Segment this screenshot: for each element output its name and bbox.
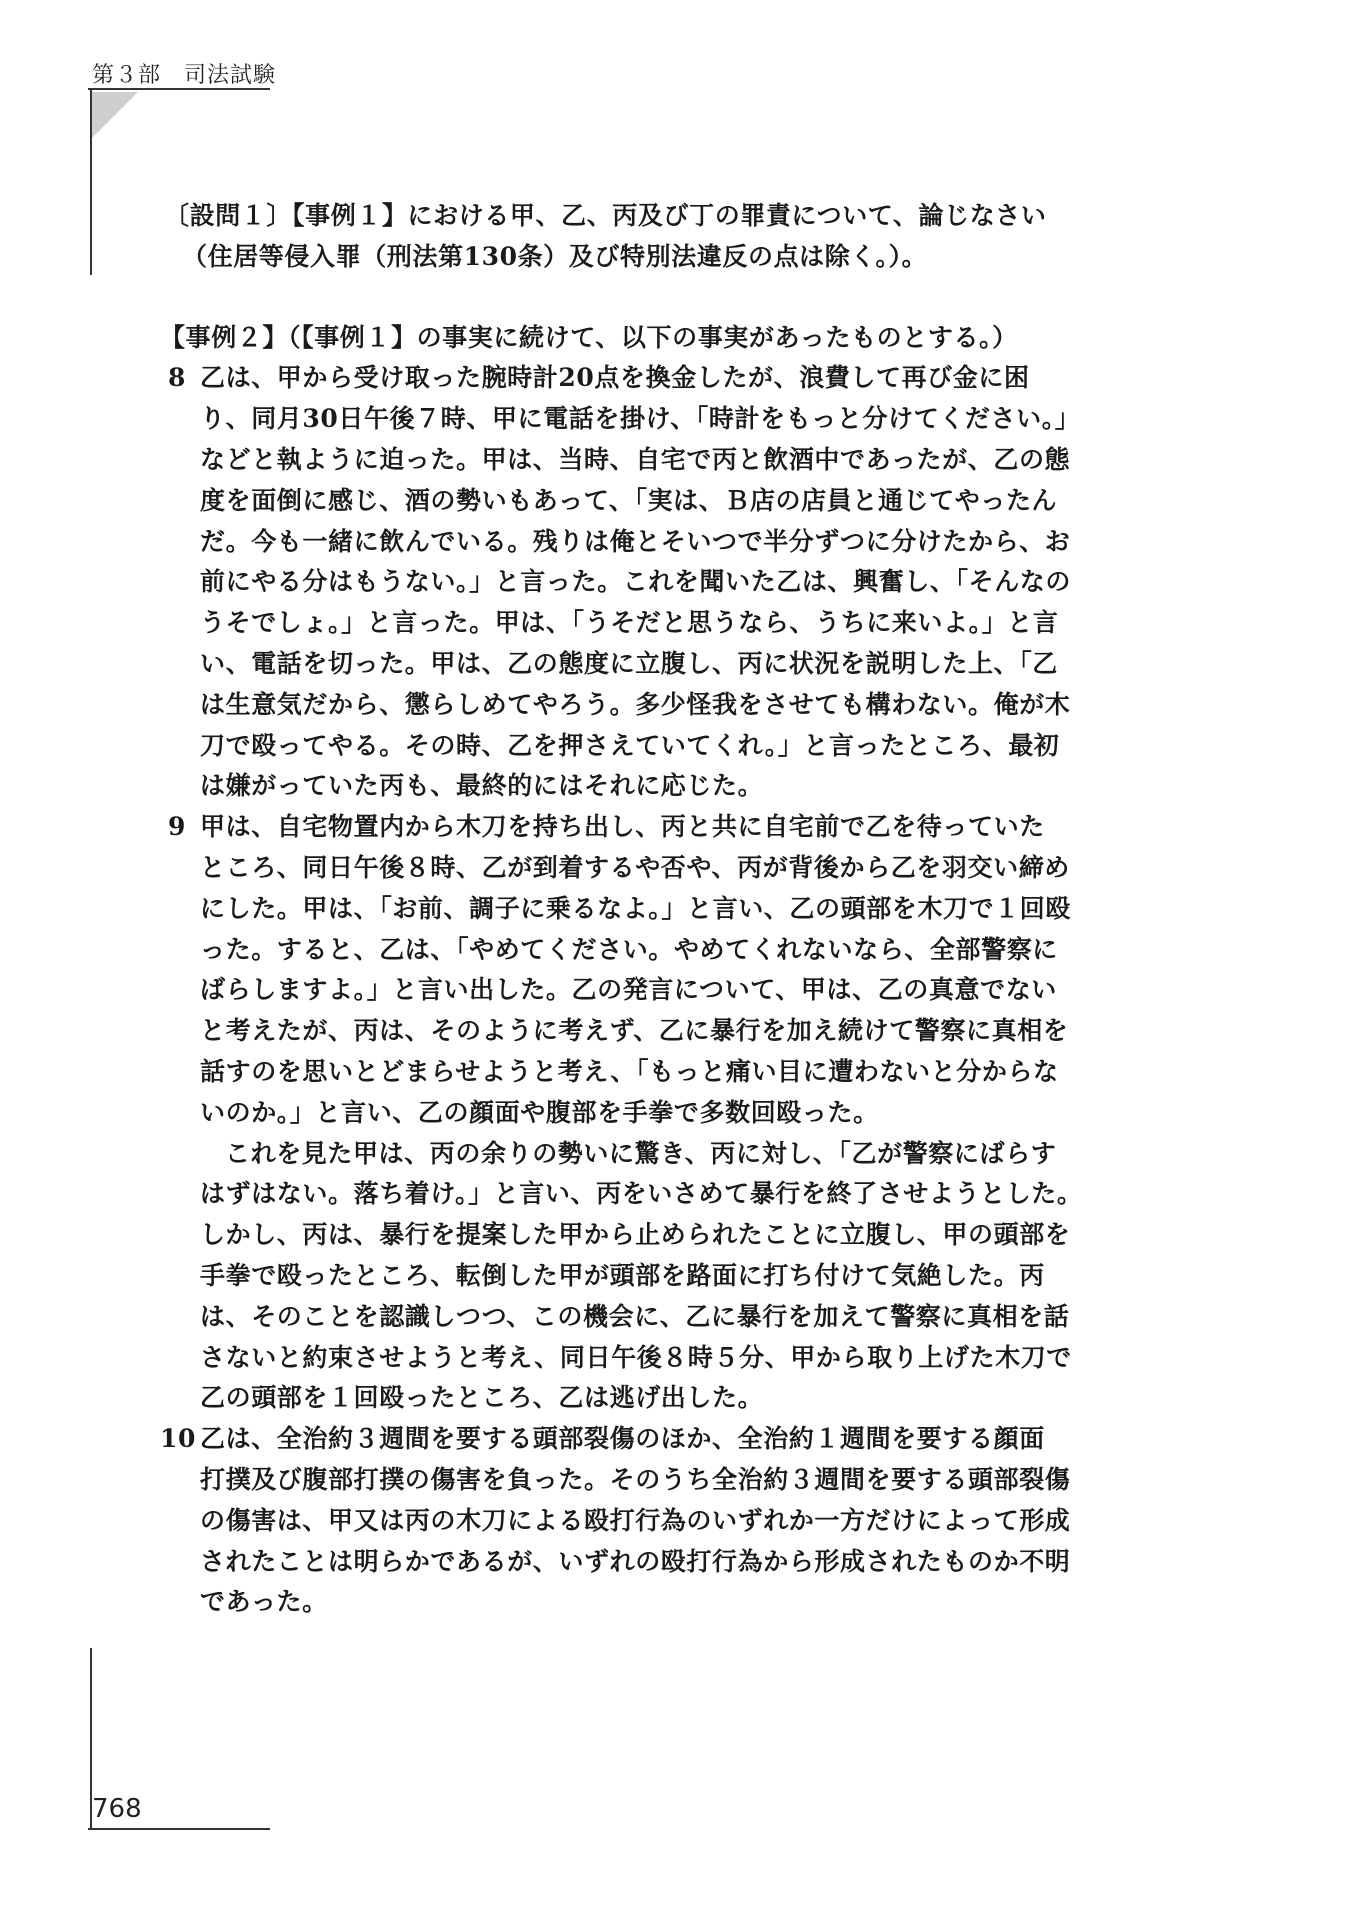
page-number: 768 [92, 1794, 142, 1824]
text-line: 乙の頭部を１回殴ったところ、乙は逃げ出した。 [200, 1378, 1120, 1419]
text-line: と考えたが、丙は、そのように考えず、乙に暴行を加え続けて警察に真相を [200, 1011, 1120, 1052]
fact-item-9: 9 甲は、自宅物置内から木刀を持ち出し、丙と共に自宅前で乙を待っていた ところ、… [160, 807, 1120, 1419]
fact-item-10: 10 乙は、全治約３週間を要する頭部裂傷のほか、全治約１週間を要する顔面 打撲及… [160, 1419, 1120, 1623]
text-line: 手拳で殴ったところ、転倒した甲が頭部を路面に打ち付けて気絶した。丙 [200, 1256, 1120, 1297]
text-line: 乙は、全治約３週間を要する頭部裂傷のほか、全治約１週間を要する顔面 [200, 1419, 1120, 1460]
text-line: にした。甲は、「お前、調子に乗るなよ。」と言い、乙の頭部を木刀で１回殴 [200, 889, 1120, 930]
text-line: ところ、同日午後８時、乙が到着するや否や、丙が背後から乙を羽交い締め [200, 848, 1120, 889]
text-line: り、同月30日午後７時、甲に電話を掛け、「時計をもっと分けてください。」 [200, 399, 1120, 440]
text-line: うそでしょ。」と言った。甲は、「うそだと思うなら、うちに来いよ。」と言 [200, 603, 1120, 644]
corner-triangle-decoration [92, 92, 138, 138]
text-line: これを見た甲は、丙の余りの勢いに驚き、丙に対し、「乙が警察にばらす [200, 1134, 1120, 1175]
text-line: 乙は、甲から受け取った腕時計20点を換金したが、浪費して再び金に困 [200, 358, 1120, 399]
text-line: は、そのことを認識しつつ、この機会に、乙に暴行を加えて警察に真相を話 [200, 1297, 1120, 1338]
item-number: 8 [160, 358, 200, 399]
question-line-1: 〔設問１〕【事例１】における甲、乙、丙及び丁の罪責について、論じなさい [164, 196, 1120, 237]
text-line: 話すのを思いとどまらせようと考え、「もっと痛い目に遭わないと分からな [200, 1052, 1120, 1093]
item-text: 甲は、自宅物置内から木刀を持ち出し、丙と共に自宅前で乙を待っていた ところ、同日… [200, 807, 1120, 1419]
item-number: 9 [160, 807, 200, 848]
text-line: さないと約束させようと考え、同日午後８時５分、甲から取り上げた木刀で [200, 1338, 1120, 1379]
text-line: されたことは明らかであるが、いずれの殴打行為から形成されたものか不明 [200, 1542, 1120, 1583]
item-number: 10 [160, 1419, 200, 1460]
item-text: 乙は、甲から受け取った腕時計20点を換金したが、浪費して再び金に困 り、同月30… [200, 358, 1120, 807]
question-1: 〔設問１〕【事例１】における甲、乙、丙及び丁の罪責について、論じなさい （住居等… [164, 196, 1120, 278]
text-line: などと執ように迫った。甲は、当時、自宅で丙と飲酒中であったが、乙の態 [200, 440, 1120, 481]
question-line-2: （住居等侵入罪（刑法第130条）及び特別法違反の点は除く。）。 [164, 237, 1120, 278]
running-head: 第３部 司法試験 [92, 58, 276, 89]
text-line: い、電話を切った。甲は、乙の態度に立腹し、丙に状況を説明した上、「乙 [200, 644, 1120, 685]
text-line: 刀で殴ってやる。その時、乙を押さえていてくれ。」と言ったところ、最初 [200, 726, 1120, 767]
text-line: の傷害は、甲又は丙の木刀による殴打行為のいずれか一方だけによって形成 [200, 1501, 1120, 1542]
case-2-heading: 【事例２】（【事例１】の事実に続けて、以下の事実があったものとする。） [160, 318, 1120, 359]
page-body: 〔設問１〕【事例１】における甲、乙、丙及び丁の罪責について、論じなさい （住居等… [160, 196, 1120, 1623]
text-line: は嫌がっていた丙も、最終的にはそれに応じた。 [200, 766, 1120, 807]
text-line: ばらしますよ。」と言い出した。乙の発言について、甲は、乙の真意でない [200, 970, 1120, 1011]
margin-line-top [90, 90, 92, 275]
text-line: 度を面倒に感じ、酒の勢いもあって、「実は、Ｂ店の店員と通じてやったん [200, 481, 1120, 522]
header-rule [88, 88, 270, 90]
text-line: いのか。」と言い、乙の顔面や腹部を手拳で多数回殴った。 [200, 1093, 1120, 1134]
text-line: しかし、丙は、暴行を提案した甲から止められたことに立腹し、甲の頭部を [200, 1215, 1120, 1256]
sub-paragraph: これを見た甲は、丙の余りの勢いに驚き、丙に対し、「乙が警察にばらす [200, 1134, 1120, 1175]
text-line: 前にやる分はもうない。」と言った。これを聞いた乙は、興奮し、「そんなの [200, 562, 1120, 603]
text-line: は生意気だから、懲らしめてやろう。多少怪我をさせても構わない。俺が木 [200, 685, 1120, 726]
text-line: 甲は、自宅物置内から木刀を持ち出し、丙と共に自宅前で乙を待っていた [200, 807, 1120, 848]
text-line: だ。今も一緒に飲んでいる。残りは俺とそいつで半分ずつに分けたから、お [200, 522, 1120, 563]
item-text: 乙は、全治約３週間を要する頭部裂傷のほか、全治約１週間を要する顔面 打撲及び腹部… [200, 1419, 1120, 1623]
footer-rule [88, 1828, 270, 1830]
text-line: はずはない。落ち着け。」と言い、丙をいさめて暴行を終了させようとした。 [200, 1174, 1120, 1215]
text-line: 打撲及び腹部打撲の傷害を負った。そのうち全治約３週間を要する頭部裂傷 [200, 1460, 1120, 1501]
text-line: った。すると、乙は、「やめてください。やめてくれないなら、全部警察に [200, 930, 1120, 971]
text-line: であった。 [200, 1582, 1120, 1623]
fact-item-8: 8 乙は、甲から受け取った腕時計20点を換金したが、浪費して再び金に困 り、同月… [160, 358, 1120, 807]
